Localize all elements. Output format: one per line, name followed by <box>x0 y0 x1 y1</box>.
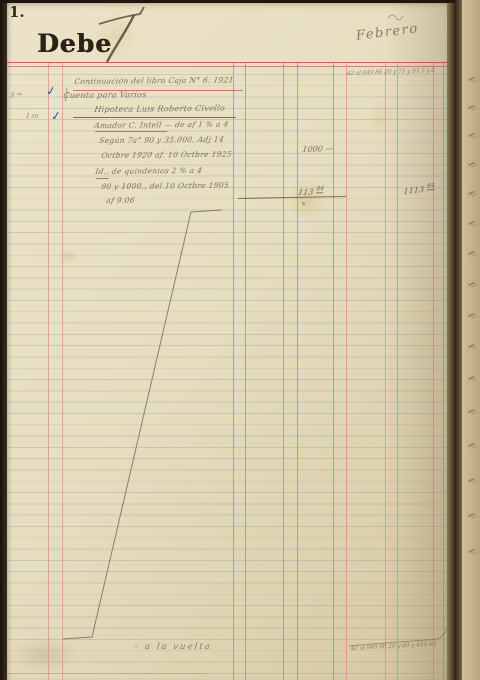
column-line-blue <box>245 63 246 680</box>
book-gutter <box>447 0 462 680</box>
column-line-blue <box>233 63 234 680</box>
column-line-pink <box>385 63 386 680</box>
amount-cents: 84 <box>316 185 325 193</box>
entry-underline <box>73 117 236 118</box>
column-line-pink <box>397 63 398 680</box>
book-left-edge <box>0 0 7 680</box>
header-rule-red-2 <box>7 66 447 67</box>
amount-cents: — <box>325 144 334 153</box>
checkmark-icon: ✓ <box>50 108 62 123</box>
ledger-photo: 1. Debe Febrero 42 al 049 86 20 y 75 y 9… <box>0 0 480 680</box>
checkmark-icon: ✓ <box>45 83 57 98</box>
column-line-blue <box>283 63 284 680</box>
page-number: 1. <box>9 3 25 21</box>
entry-line: Id., de quindenios 2 % a 4 <box>95 166 203 176</box>
entry-line: Según 7a° 90 y 35.000, Adj 14 <box>99 135 225 145</box>
margin-pencil-note: 1 m <box>25 112 39 120</box>
column-line-pink <box>346 63 347 680</box>
entry-line: Cuenta para Varios <box>63 90 148 100</box>
carry-forward-label: – a la vuelta <box>133 642 212 652</box>
amount-cell: 113 84 <box>297 185 324 197</box>
amount-cents: 84 <box>427 182 435 191</box>
entry-underline <box>96 178 109 179</box>
amount-int: 113 <box>297 187 314 197</box>
margin-line-pink <box>48 63 49 680</box>
column-line-blue <box>333 63 334 680</box>
entry-line: 90 y 1000., del 10 Octbre 1905 <box>101 181 230 191</box>
book-top-edge <box>0 0 455 3</box>
debit-title: Debe <box>37 29 112 58</box>
margin-line-pink <box>62 63 63 680</box>
amount-cell: 1000 — <box>302 144 334 154</box>
entry-line: Octbre 1920 af. 10 Octbre 1925 <box>101 150 233 160</box>
margin-pencil-note: y = <box>10 90 22 98</box>
entry-line: Amador C. Intell — de af 1 % a 4 <box>94 120 230 130</box>
amount-int: 1000 <box>302 144 324 154</box>
column-line-blue <box>297 63 298 680</box>
page-stack-edge <box>462 0 480 680</box>
header-rule-red <box>7 62 447 63</box>
column-line-pink <box>433 63 434 680</box>
entry-line: af 9.06 <box>106 196 136 205</box>
entry-line: Continuación del libro Caja N° 6. 1921 <box>74 75 235 86</box>
bottom-rule-red <box>7 673 207 674</box>
entry-underline <box>95 131 167 132</box>
entry-line: Hipoteca Luis Roberto Civello <box>94 104 226 114</box>
horizontal-ruling <box>7 74 447 678</box>
column-line-pink <box>443 63 444 680</box>
